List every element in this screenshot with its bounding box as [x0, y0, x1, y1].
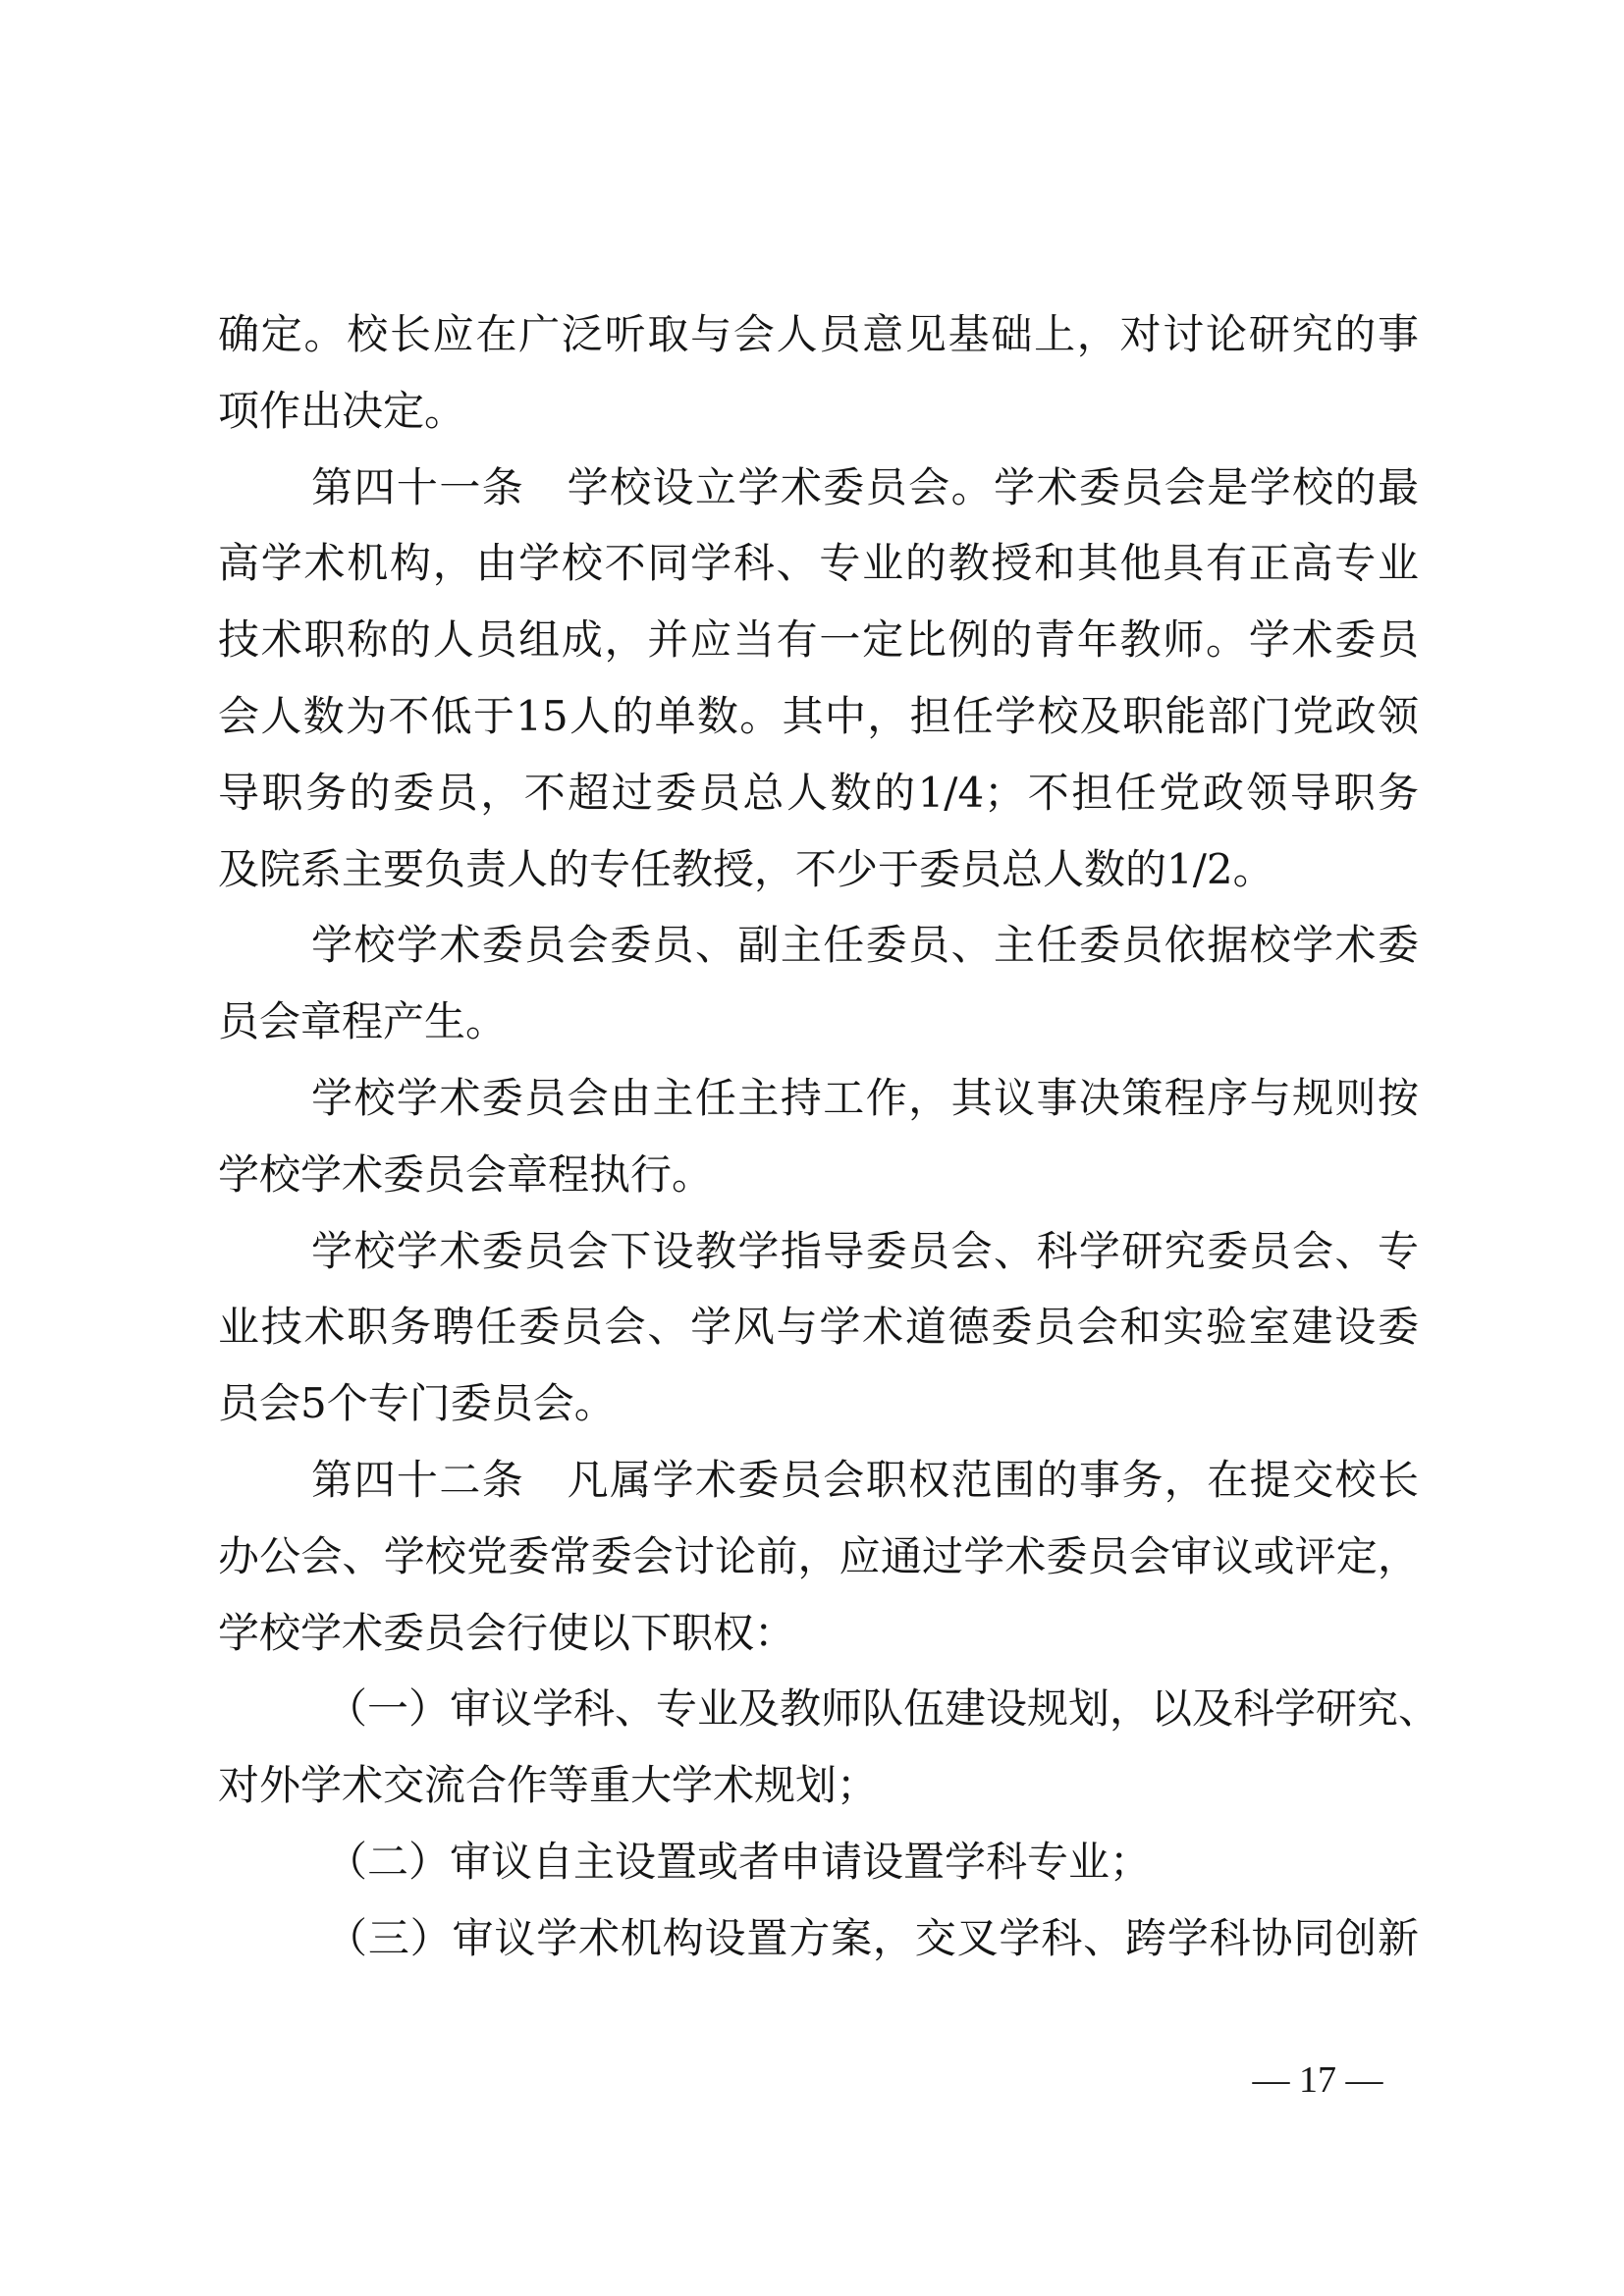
text-line: 办公会、学校党委常委会讨论前，应通过学术委员会审议或评定， — [218, 1519, 1419, 1595]
text-line: 对外学术交流合作等重大学术规划； — [218, 1747, 1419, 1824]
text-line: 学校学术委员会行使以下职权： — [218, 1595, 1419, 1672]
list-item-line: （三）审议学术机构设置方案，交叉学科、跨学科协同创新 — [326, 1900, 1419, 1977]
text-line: 学校学术委员会章程执行。 — [218, 1137, 1419, 1213]
text-line: 员会5个专门委员会。 — [218, 1365, 1419, 1442]
article-41-heading-line: 第四十一条 学校设立学术委员会。学术委员会是学校的最 — [311, 450, 1419, 526]
paragraph-first-line: 学校学术委员会下设教学指导委员会、科学研究委员会、专 — [311, 1213, 1419, 1290]
paragraph-first-line: 学校学术委员会委员、副主任委员、主任委员依据校学术委 — [311, 907, 1419, 984]
article-42-heading-line: 第四十二条 凡属学术委员会职权范围的事务，在提交校长 — [311, 1442, 1419, 1519]
text-line: 导职务的委员，不超过委员总人数的1/4；不担任党政领导职务 — [218, 755, 1419, 831]
text-line: 项作出决定。 — [218, 373, 1419, 450]
text-line: 技术职称的人员组成，并应当有一定比例的青年教师。学术委员 — [218, 602, 1419, 678]
text-line: 确定。校长应在广泛听取与会人员意见基础上，对讨论研究的事 — [218, 296, 1419, 373]
list-item-line: （二）审议自主设置或者申请设置学科专业； — [326, 1824, 1419, 1900]
text-line: 及院系主要负责人的专任教授，不少于委员总人数的1/2。 — [218, 831, 1419, 908]
page-number: — 17 — — [1239, 2056, 1396, 2105]
list-item-line: （一）审议学科、专业及教师队伍建设规划，以及科学研究、 — [326, 1671, 1419, 1747]
text-line: 员会章程产生。 — [218, 984, 1419, 1060]
paragraph-first-line: 学校学术委员会由主任主持工作，其议事决策程序与规则按 — [311, 1060, 1419, 1137]
text-line: 高学术机构，由学校不同学科、专业的教授和其他具有正高专业 — [218, 525, 1419, 602]
text-line: 会人数为不低于15人的单数。其中，担任学校及职能部门党政领 — [218, 678, 1419, 755]
document-page: 确定。校长应在广泛听取与会人员意见基础上，对讨论研究的事 项作出决定。 第四十一… — [0, 0, 1624, 2296]
text-line: 业技术职务聘任委员会、学风与学术道德委员会和实验室建设委 — [218, 1289, 1419, 1365]
